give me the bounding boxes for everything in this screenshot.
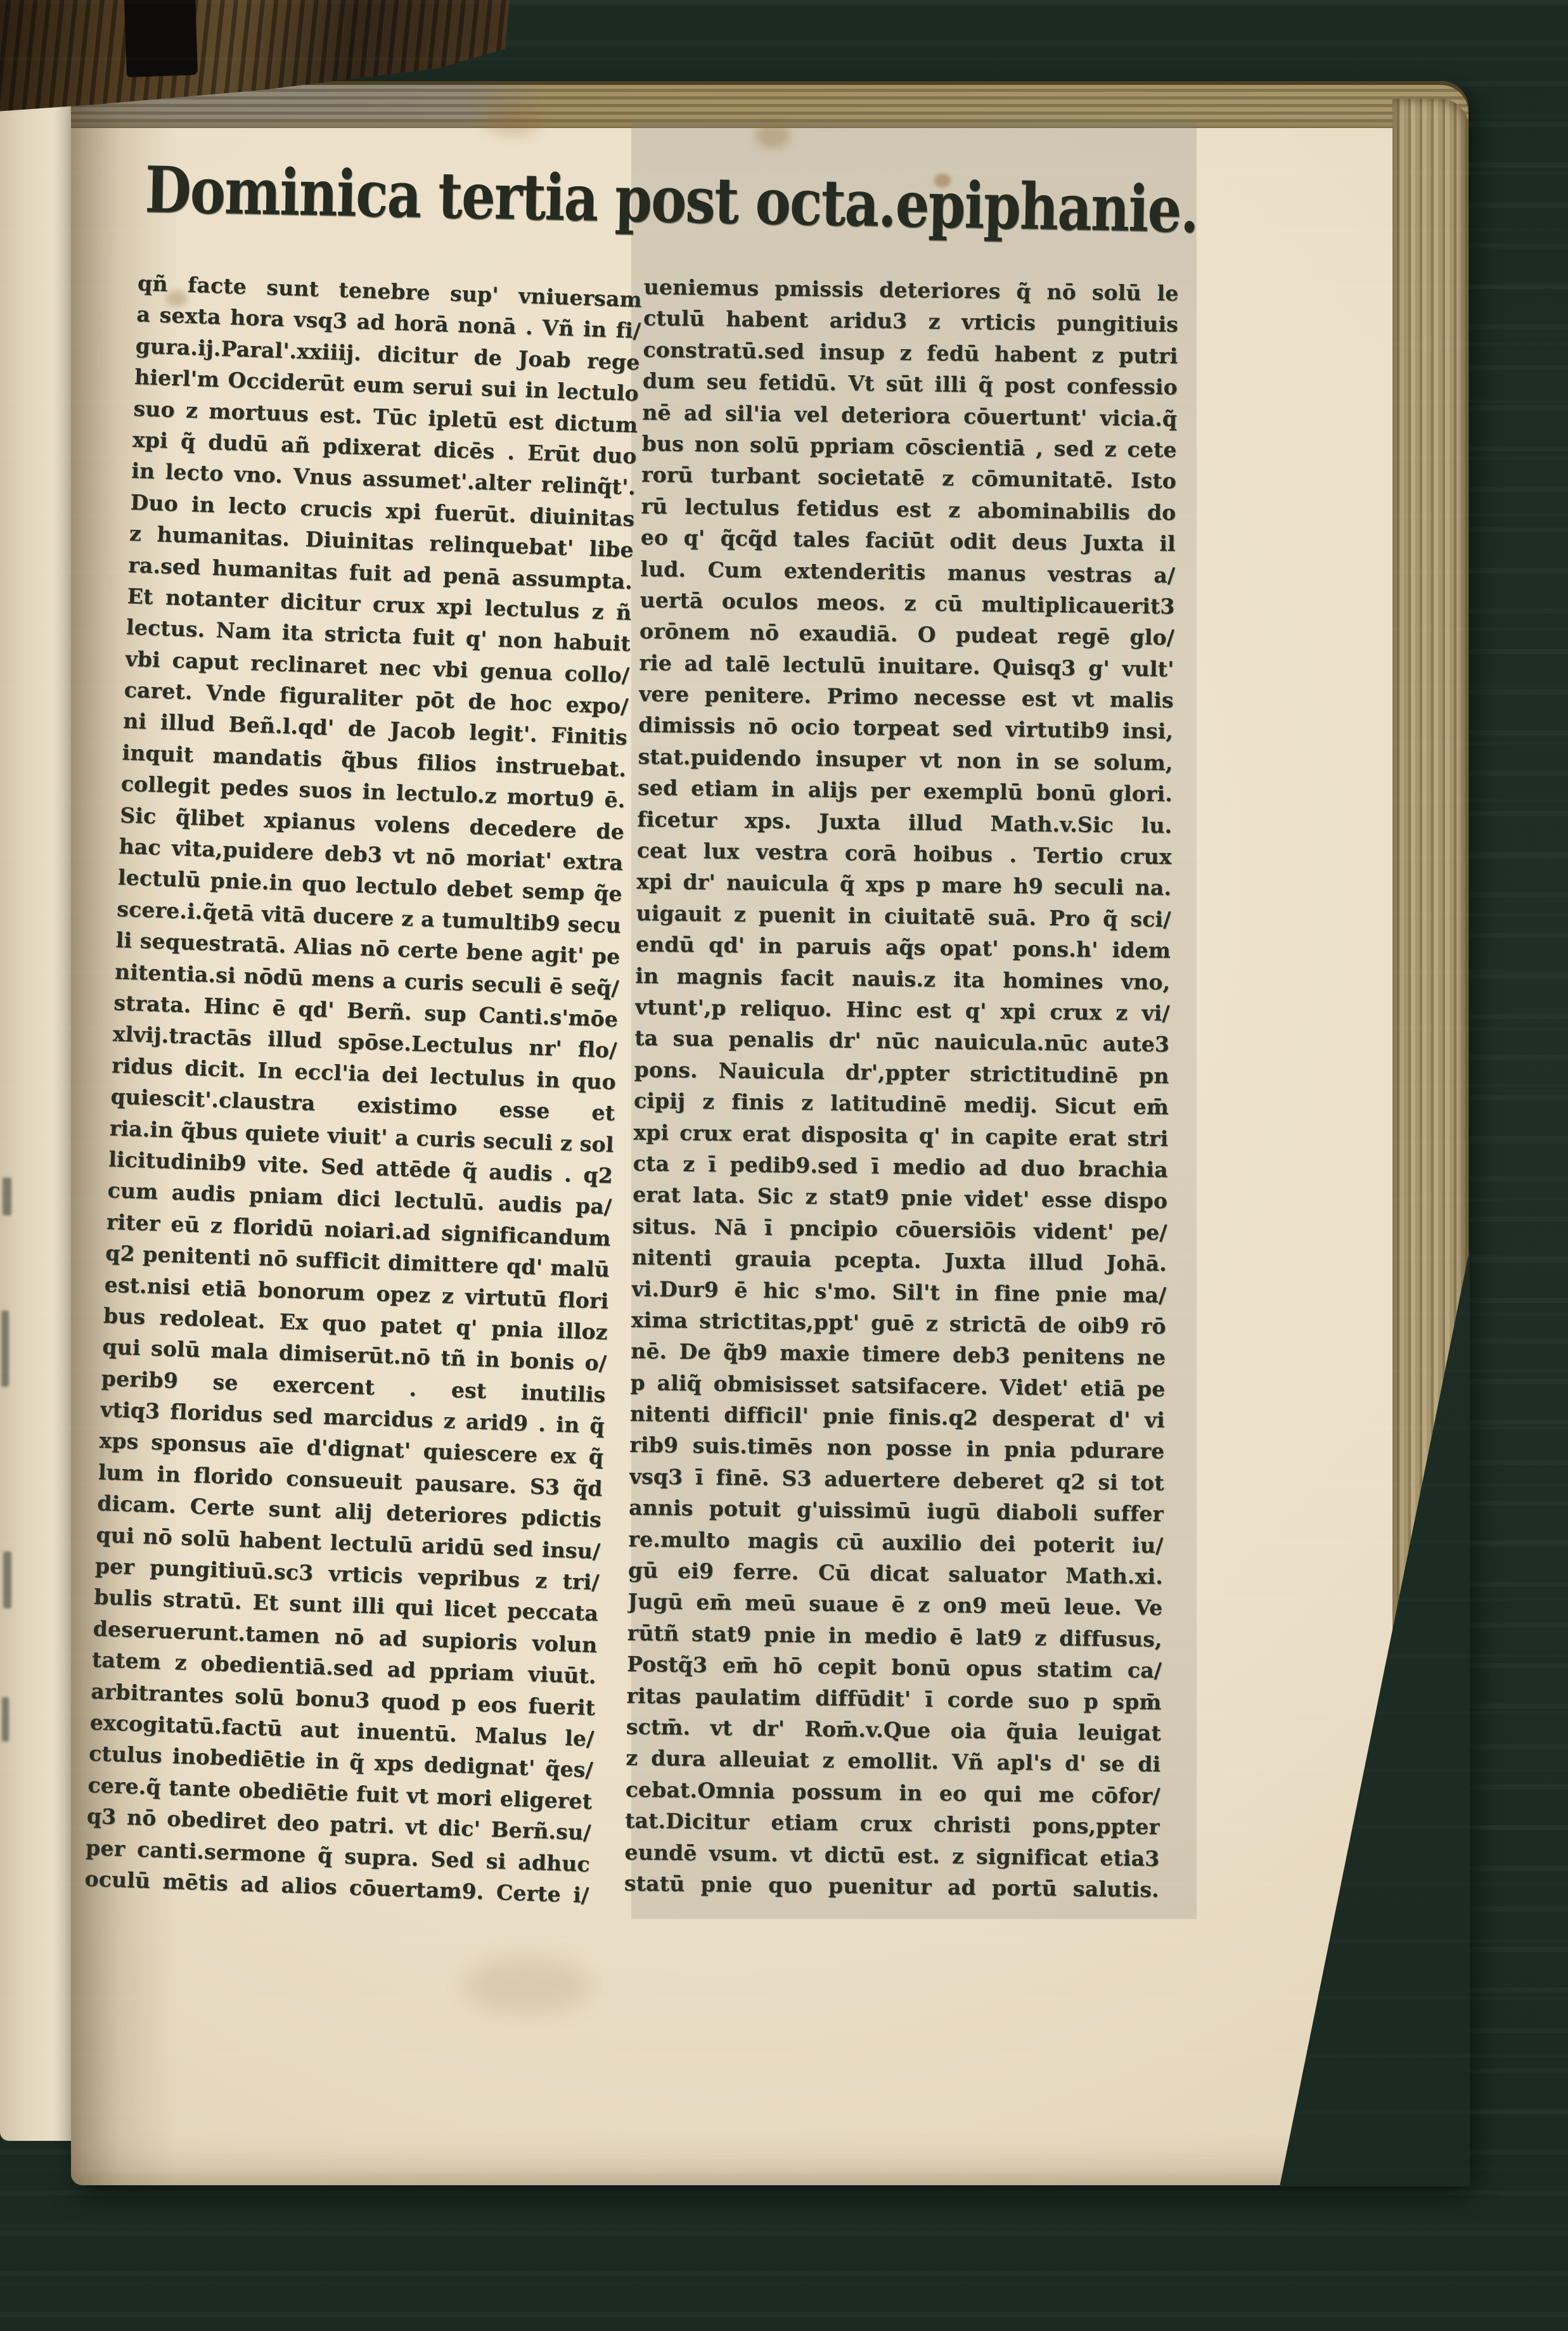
- binding-dark-patch: [124, 0, 198, 77]
- showthrough-mark: [1, 1311, 9, 1387]
- showthrough-mark: [3, 1178, 11, 1216]
- book-page: Dominica tertia post octa.epiphanie. qñ …: [71, 81, 1468, 2185]
- showthrough-mark: [3, 1551, 11, 1609]
- showthrough-mark: [2, 1697, 9, 1742]
- text-line: statū pnie quo puenitur ad portū salutis…: [624, 1868, 1160, 1906]
- page-corner-cutoff: [1280, 1249, 1470, 2187]
- text-column-left: qñ facte sunt tenebre sup' vniuersam ter…: [84, 267, 643, 1911]
- text-column-right: ueniemus pmissis deteriores q̃ nō solū l…: [624, 271, 1179, 1905]
- aging-stain: [464, 1957, 591, 2014]
- facing-page-sliver: [0, 75, 77, 2141]
- scanned-book-photo: { "page_header": { "title": "Dominica te…: [0, 0, 1568, 2331]
